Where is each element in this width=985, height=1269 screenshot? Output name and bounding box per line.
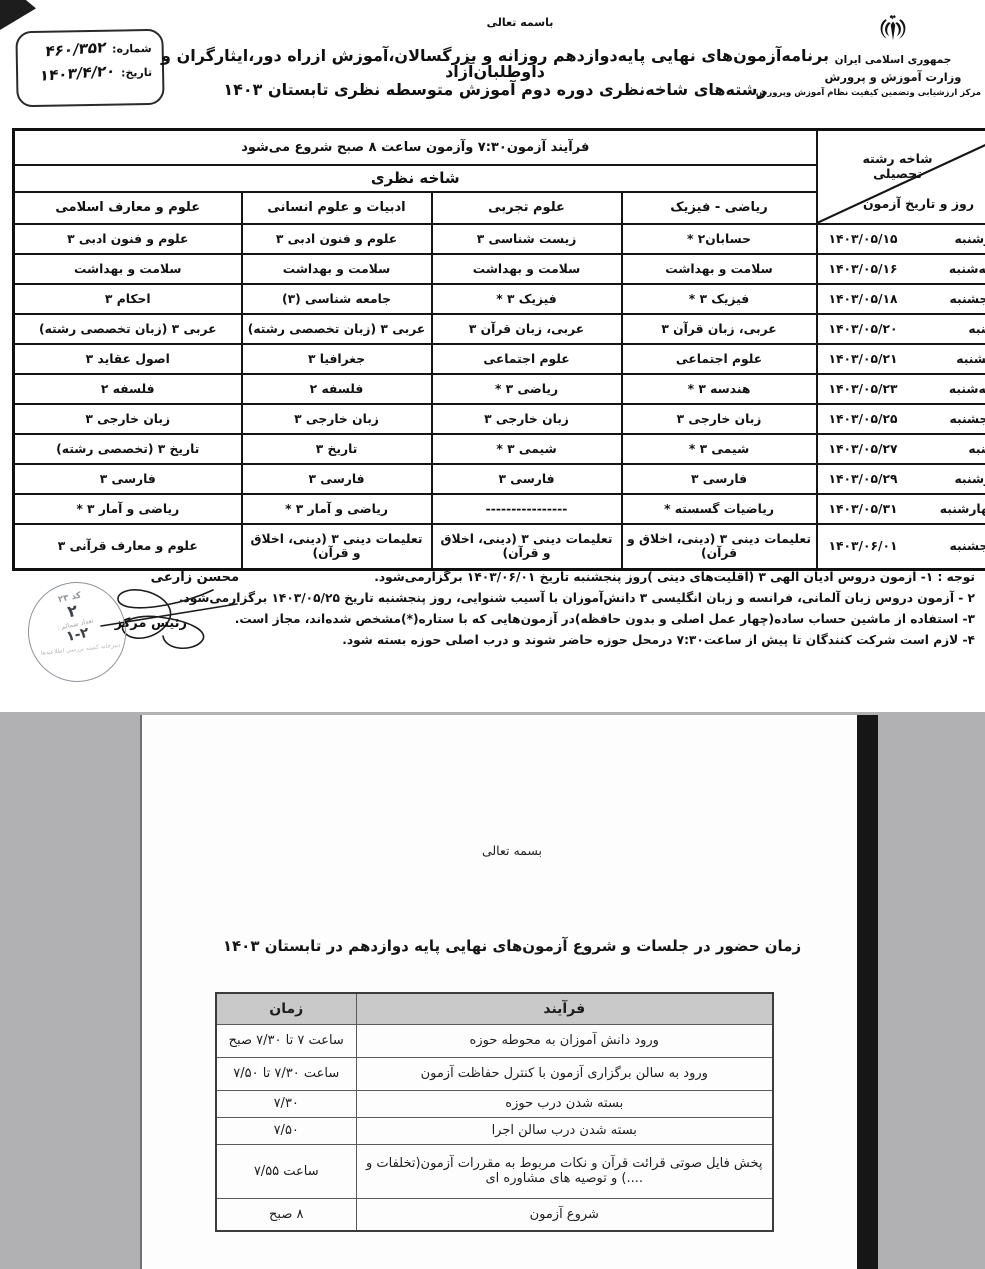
schedule-row: ۱۴۰۳/۰۵/۲۰شنبه عربی، زبان قرآن ۳ عربی، ز… <box>14 314 985 344</box>
schedule-row: ۱۴۰۳/۰۶/۰۱پنجشنبه تعلیمات دینی ۳ (دینی، … <box>14 524 985 570</box>
subject-cell: حسابان۲ * <box>622 224 817 254</box>
branch-header-cell: شاخه نظری <box>14 165 817 192</box>
subject-cell: علوم اجتماعی <box>622 344 817 374</box>
process-note-cell: فرآیند آزمون۷:۳۰ وآزمون ساعت ۸ صبح شروع … <box>14 130 817 165</box>
ref-date-value: ۱۴۰۳/۴/۲۰ <box>39 62 116 85</box>
process-cell: ورود به سالن برگزاری آزمون با کنترل حفاظ… <box>356 1057 773 1090</box>
subject-cell: اصول عقاید ۳ <box>14 344 242 374</box>
subject-cell: تعلیمات دینی ۳ (دینی، اخلاق و قرآن) <box>432 524 622 570</box>
column-header-islamic: علوم و معارف اسلامی <box>14 192 242 224</box>
column-header-humanities: ادبیات و علوم انسانی <box>242 192 432 224</box>
subject-cell: ریاضی و آمار ۳ * <box>242 494 432 524</box>
process-cell: پخش فایل صوتی قرائت قرآن و نکات مربوط به… <box>356 1144 773 1198</box>
iran-emblem-icon <box>877 12 909 48</box>
date-day-cell: ۱۴۰۳/۰۵/۲۰شنبه <box>817 314 985 344</box>
date-day-cell: ۱۴۰۳/۰۵/۲۳سه‌شنبه <box>817 374 985 404</box>
letterhead-ministry: وزارت آموزش و پرورش <box>805 70 981 84</box>
subject-cell: ---------------- <box>432 494 622 524</box>
letterhead-country: جمهوری اسلامی ایران <box>805 54 981 66</box>
subject-cell: ریاضی و آمار ۳ * <box>14 494 242 524</box>
subject-cell: ریاضی ۳ * <box>432 374 622 404</box>
date-day-cell: ۱۴۰۳/۰۵/۲۱یکشنبه <box>817 344 985 374</box>
subject-cell: جامعه شناسی (۳) <box>242 284 432 314</box>
reference-number-box: شماره: ۴۶۰/۳۵۲ تاریخ: ۱۴۰۳/۴/۲۰ <box>15 29 164 108</box>
subject-cell: سلامت و بهداشت <box>622 254 817 284</box>
subject-cell: علوم و معارف قرآنی ۳ <box>14 524 242 570</box>
time-row: پخش فایل صوتی قرائت قرآن و نکات مربوط به… <box>216 1144 773 1198</box>
time-cell: ساعت ۷ تا ۷/۳۰ صبح <box>216 1024 356 1057</box>
subject-cell: زبان خارجی ۳ <box>14 404 242 434</box>
exam-day: یکشنبه <box>956 352 985 366</box>
date-day-cell: ۱۴۰۳/۰۵/۲۹دوشنبه <box>817 464 985 494</box>
date-day-cell: ۱۴۰۳/۰۵/۲۵پنجشنبه <box>817 404 985 434</box>
exam-date: ۱۴۰۳/۰۶/۰۱ <box>829 539 898 553</box>
schedule-row: ۱۴۰۳/۰۵/۳۱چهارشنبه ریاضیات گسسته * -----… <box>14 494 985 524</box>
date-day-cell: ۱۴۰۳/۰۵/۱۵دوشنبه <box>817 224 985 254</box>
exam-date: ۱۴۰۳/۰۵/۲۱ <box>829 352 898 366</box>
ref-date-label: تاریخ: <box>121 65 152 79</box>
exam-date: ۱۴۰۳/۰۵/۱۸ <box>829 292 898 306</box>
note-2: ۲ - آزمون دروس زبان آلمانی، فرانسه و زبا… <box>180 591 975 605</box>
time-row: ورود به سالن برگزاری آزمون با کنترل حفاظ… <box>216 1057 773 1090</box>
schedule-row: ۱۴۰۳/۰۵/۲۷شنبه شیمی ۳ * شیمی ۳ * تاریخ ۳… <box>14 434 985 464</box>
subject-cell: زبان خارجی ۳ <box>622 404 817 434</box>
session-times-table: فرآیند زمان ورود دانش آموزان به محوطه حو… <box>215 992 772 1232</box>
process-cell: ورود دانش آموزان به محوطه حوزه <box>356 1024 773 1057</box>
subject-cell: عربی ۳ (زبان تخصصی رشته) <box>242 314 432 344</box>
exam-day: سه‌شنبه <box>949 382 985 396</box>
subject-cell: فلسفه ۲ <box>14 374 242 404</box>
document-title-line2: رشته‌های شاخه‌نظری دوره دوم آموزش متوسطه… <box>150 80 840 99</box>
scan-corner-artifact <box>0 0 36 30</box>
schedule-row: ۱۴۰۳/۰۵/۲۹دوشنبه فارسی ۳ فارسی ۳ فارسی ۳… <box>14 464 985 494</box>
subject-cell: فارسی ۳ <box>14 464 242 494</box>
scanned-sheet: بسمه تعالی زمان حضور در جلسات و شروع آزم… <box>140 715 858 1269</box>
exam-date: ۱۴۰۳/۰۵/۲۵ <box>829 412 898 426</box>
process-cell: شروع آزمون <box>356 1198 773 1231</box>
exam-day: دوشنبه <box>954 472 985 486</box>
footnotes: توجه : ۱- آزمون دروس ادیان الهی ۳ (اقلیت… <box>180 570 975 654</box>
subject-cell: زبان خارجی ۳ <box>242 404 432 434</box>
ministry-letterhead: جمهوری اسلامی ایران وزارت آموزش و پرورش … <box>805 12 981 98</box>
exam-date: ۱۴۰۳/۰۵/۱۵ <box>829 232 898 246</box>
time-cell: ۸ صبح <box>216 1198 356 1231</box>
column-header-experimental: علوم تجربی <box>432 192 622 224</box>
exam-day: شنبه <box>968 442 985 456</box>
time-cell: ۷/۳۰ <box>216 1090 356 1117</box>
subject-cell: تاریخ ۳ <box>242 434 432 464</box>
schedule-row: ۱۴۰۳/۰۵/۲۵پنجشنبه زبان خارجی ۳ زبان خارج… <box>14 404 985 434</box>
subject-cell: تعلیمات دینی ۳ (دینی، اخلاق و قرآن) <box>242 524 432 570</box>
subject-cell: جغرافیا ۳ <box>242 344 432 374</box>
subject-cell: شیمی ۳ * <box>622 434 817 464</box>
note-4: ۴- لازم است شرکت کنندگان تا پیش از ساعت۷… <box>180 633 975 647</box>
subject-cell: فارسی ۳ <box>242 464 432 494</box>
time-cell: ساعت ۷/۵۵ <box>216 1144 356 1198</box>
ref-number-value: ۴۶۰/۳۵۲ <box>45 38 108 60</box>
subject-cell: سلامت و بهداشت <box>242 254 432 284</box>
column-header-math-physics: ریاضی - فیزیک <box>622 192 817 224</box>
schedule-row: ۱۴۰۳/۰۵/۱۵دوشنبه حسابان۲ * زیست شناسی ۳ … <box>14 224 985 254</box>
subject-cell: علوم و فنون ادبی ۳ <box>14 224 242 254</box>
time-cell: ساعت ۷/۳۰ تا ۷/۵۰ <box>216 1057 356 1090</box>
besmele-header: باسمه تعالی <box>455 16 585 29</box>
subject-cell: عربی، زبان قرآن ۳ <box>432 314 622 344</box>
subject-cell: فلسفه ۲ <box>242 374 432 404</box>
time-row: شروع آزمون ۸ صبح <box>216 1198 773 1231</box>
note-1: توجه : ۱- آزمون دروس ادیان الهی ۳ (اقلیت… <box>180 570 975 584</box>
process-cell: بسته شدن درب سالن اجرا <box>356 1117 773 1144</box>
session-times-title: زمان حضور در جلسات و شروع آزمون‌های نهای… <box>222 937 802 955</box>
subject-cell: فارسی ۳ <box>432 464 622 494</box>
subject-cell: تاریخ ۳ (تخصصی رشته) <box>14 434 242 464</box>
exam-schedule-table: شاخه رشته تحصیلی روز و تاریخ آزمون فرآین… <box>12 128 985 571</box>
schedule-row: ۱۴۰۳/۰۵/۲۱یکشنبه علوم اجتماعی علوم اجتما… <box>14 344 985 374</box>
exam-date: ۱۴۰۳/۰۵/۲۹ <box>829 472 898 486</box>
subject-cell: سلامت و بهداشت <box>432 254 622 284</box>
letterhead-center: مرکز ارزشیابی وتضمین کیفیت نظام آموزش وپ… <box>805 88 981 98</box>
time-row: ورود دانش آموزان به محوطه حوزه ساعت ۷ تا… <box>216 1024 773 1057</box>
corner-label-date: روز و تاریخ آزمون <box>860 196 978 211</box>
exam-date: ۱۴۰۳/۰۵/۳۱ <box>829 502 898 516</box>
note-3: ۳- استفاده از ماشین حساب ساده(چهار عمل ا… <box>180 612 975 626</box>
ref-number-label: شماره: <box>112 41 152 55</box>
exam-date: ۱۴۰۳/۰۵/۲۰ <box>829 322 898 336</box>
subject-cell: تعلیمات دینی ۳ (دینی، اخلاق و قرآن) <box>622 524 817 570</box>
exam-date: ۱۴۰۳/۰۵/۲۷ <box>829 442 898 456</box>
exam-day: پنجشنبه <box>950 539 985 553</box>
date-day-cell: ۱۴۰۳/۰۵/۲۷شنبه <box>817 434 985 464</box>
exam-date: ۱۴۰۳/۰۵/۲۳ <box>829 382 898 396</box>
besmele-header-page2: بسمه تعالی <box>452 843 572 858</box>
process-cell: بسته شدن درب حوزه <box>356 1090 773 1117</box>
time-column-header: زمان <box>216 993 356 1024</box>
subject-cell: فارسی ۳ <box>622 464 817 494</box>
subject-cell: عربی ۳ (زبان تخصصی رشته) <box>14 314 242 344</box>
time-cell: ۷/۵۰ <box>216 1117 356 1144</box>
subject-cell: علوم اجتماعی <box>432 344 622 374</box>
exam-day: پنجشنبه <box>950 292 985 306</box>
exam-day: پنجشنبه <box>950 412 985 426</box>
date-day-cell: ۱۴۰۳/۰۵/۱۸پنجشنبه <box>817 284 985 314</box>
time-row: بسته شدن درب سالن اجرا ۷/۵۰ <box>216 1117 773 1144</box>
subject-cell: سلامت و بهداشت <box>14 254 242 284</box>
scanned-document: شماره: ۴۶۰/۳۵۲ تاریخ: ۱۴۰۳/۴/۲۰ باسمه تع… <box>0 0 985 1269</box>
date-day-cell: ۱۴۰۳/۰۵/۱۶سه‌شنبه <box>817 254 985 284</box>
subject-cell: زبان خارجی ۳ <box>432 404 622 434</box>
exam-day: چهارشنبه <box>940 502 985 516</box>
exam-date: ۱۴۰۳/۰۵/۱۶ <box>829 262 898 276</box>
exam-day: شنبه <box>968 322 985 336</box>
second-page-scan: بسمه تعالی زمان حضور در جلسات و شروع آزم… <box>0 712 985 1269</box>
exam-day: سه‌شنبه <box>949 262 985 276</box>
schedule-row: ۱۴۰۳/۰۵/۲۳سه‌شنبه هندسه ۳ * ریاضی ۳ * فل… <box>14 374 985 404</box>
subject-cell: علوم و فنون ادبی ۳ <box>242 224 432 254</box>
subject-cell: هندسه ۳ * <box>622 374 817 404</box>
schedule-row: ۱۴۰۳/۰۵/۱۶سه‌شنبه سلامت و بهداشت سلامت و… <box>14 254 985 284</box>
scan-edge-shadow <box>857 715 878 1269</box>
date-day-cell: ۱۴۰۳/۰۶/۰۱پنجشنبه <box>817 524 985 570</box>
document-title-line1: برنامه‌آزمون‌های نهایی پایه‌دوازدهم روزا… <box>150 48 840 80</box>
subject-cell: فیزیک ۳ * <box>622 284 817 314</box>
subject-cell: شیمی ۳ * <box>432 434 622 464</box>
corner-header-cell: شاخه رشته تحصیلی روز و تاریخ آزمون <box>817 130 985 224</box>
time-row: بسته شدن درب حوزه ۷/۳۰ <box>216 1090 773 1117</box>
process-column-header: فرآیند <box>356 993 773 1024</box>
schedule-row: ۱۴۰۳/۰۵/۱۸پنجشنبه فیزیک ۳ * فیزیک ۳ * جا… <box>14 284 985 314</box>
subject-cell: احکام ۳ <box>14 284 242 314</box>
subject-cell: زیست شناسی ۳ <box>432 224 622 254</box>
subject-cell: عربی، زبان قرآن ۳ <box>622 314 817 344</box>
exam-day: دوشنبه <box>954 232 985 246</box>
subject-cell: ریاضیات گسسته * <box>622 494 817 524</box>
date-day-cell: ۱۴۰۳/۰۵/۳۱چهارشنبه <box>817 494 985 524</box>
subject-cell: فیزیک ۳ * <box>432 284 622 314</box>
corner-label-branch: شاخه رشته تحصیلی <box>840 151 956 181</box>
